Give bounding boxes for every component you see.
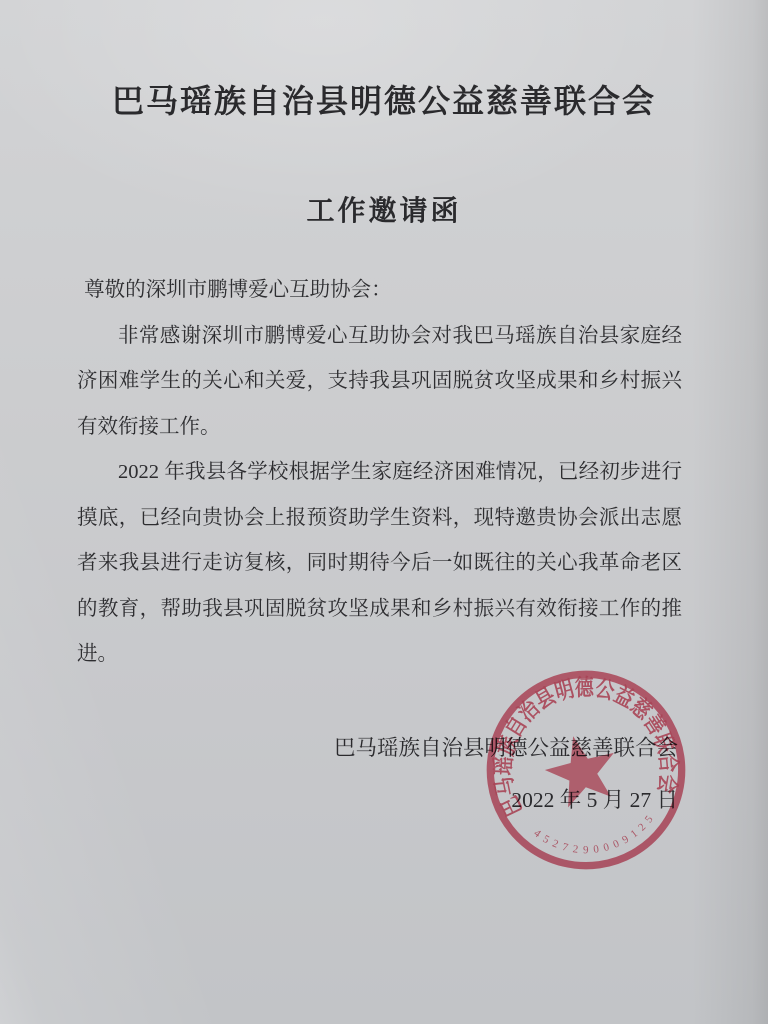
signature-org: 巴马瑶族自治县明德公益慈善联合会 [334,722,678,774]
paragraph-2: 2022 年我县各学校根据学生家庭经济困难情况，已经初步进行摸底，已经向贵协会上… [77,450,682,678]
paragraph-1: 非常感谢深圳市鹏博爱心互助协会对我巴马瑶族自治县家庭经济困难学生的关心和关爱，支… [77,314,682,451]
letter-subject: 工作邀请函 [0,189,768,229]
signature-block: 巴马瑶族自治县明德公益慈善联合会 2022 年 5 月 27 日 [334,722,678,826]
org-title: 巴马瑶族自治县明德公益慈善联合会 [0,76,768,122]
salutation: 尊敬的深圳市鹏博爱心互助协会： [77,268,682,314]
letter-page: 巴马瑶族自治县明德公益慈善联合会 工作邀请函 尊敬的深圳市鹏博爱心互助协会： 非… [0,0,768,1024]
signature-date: 2022 年 5 月 27 日 [334,774,678,826]
letter-body: 尊敬的深圳市鹏博爱心互助协会： 非常感谢深圳市鹏博爱心互助协会对我巴马瑶族自治县… [77,268,682,678]
